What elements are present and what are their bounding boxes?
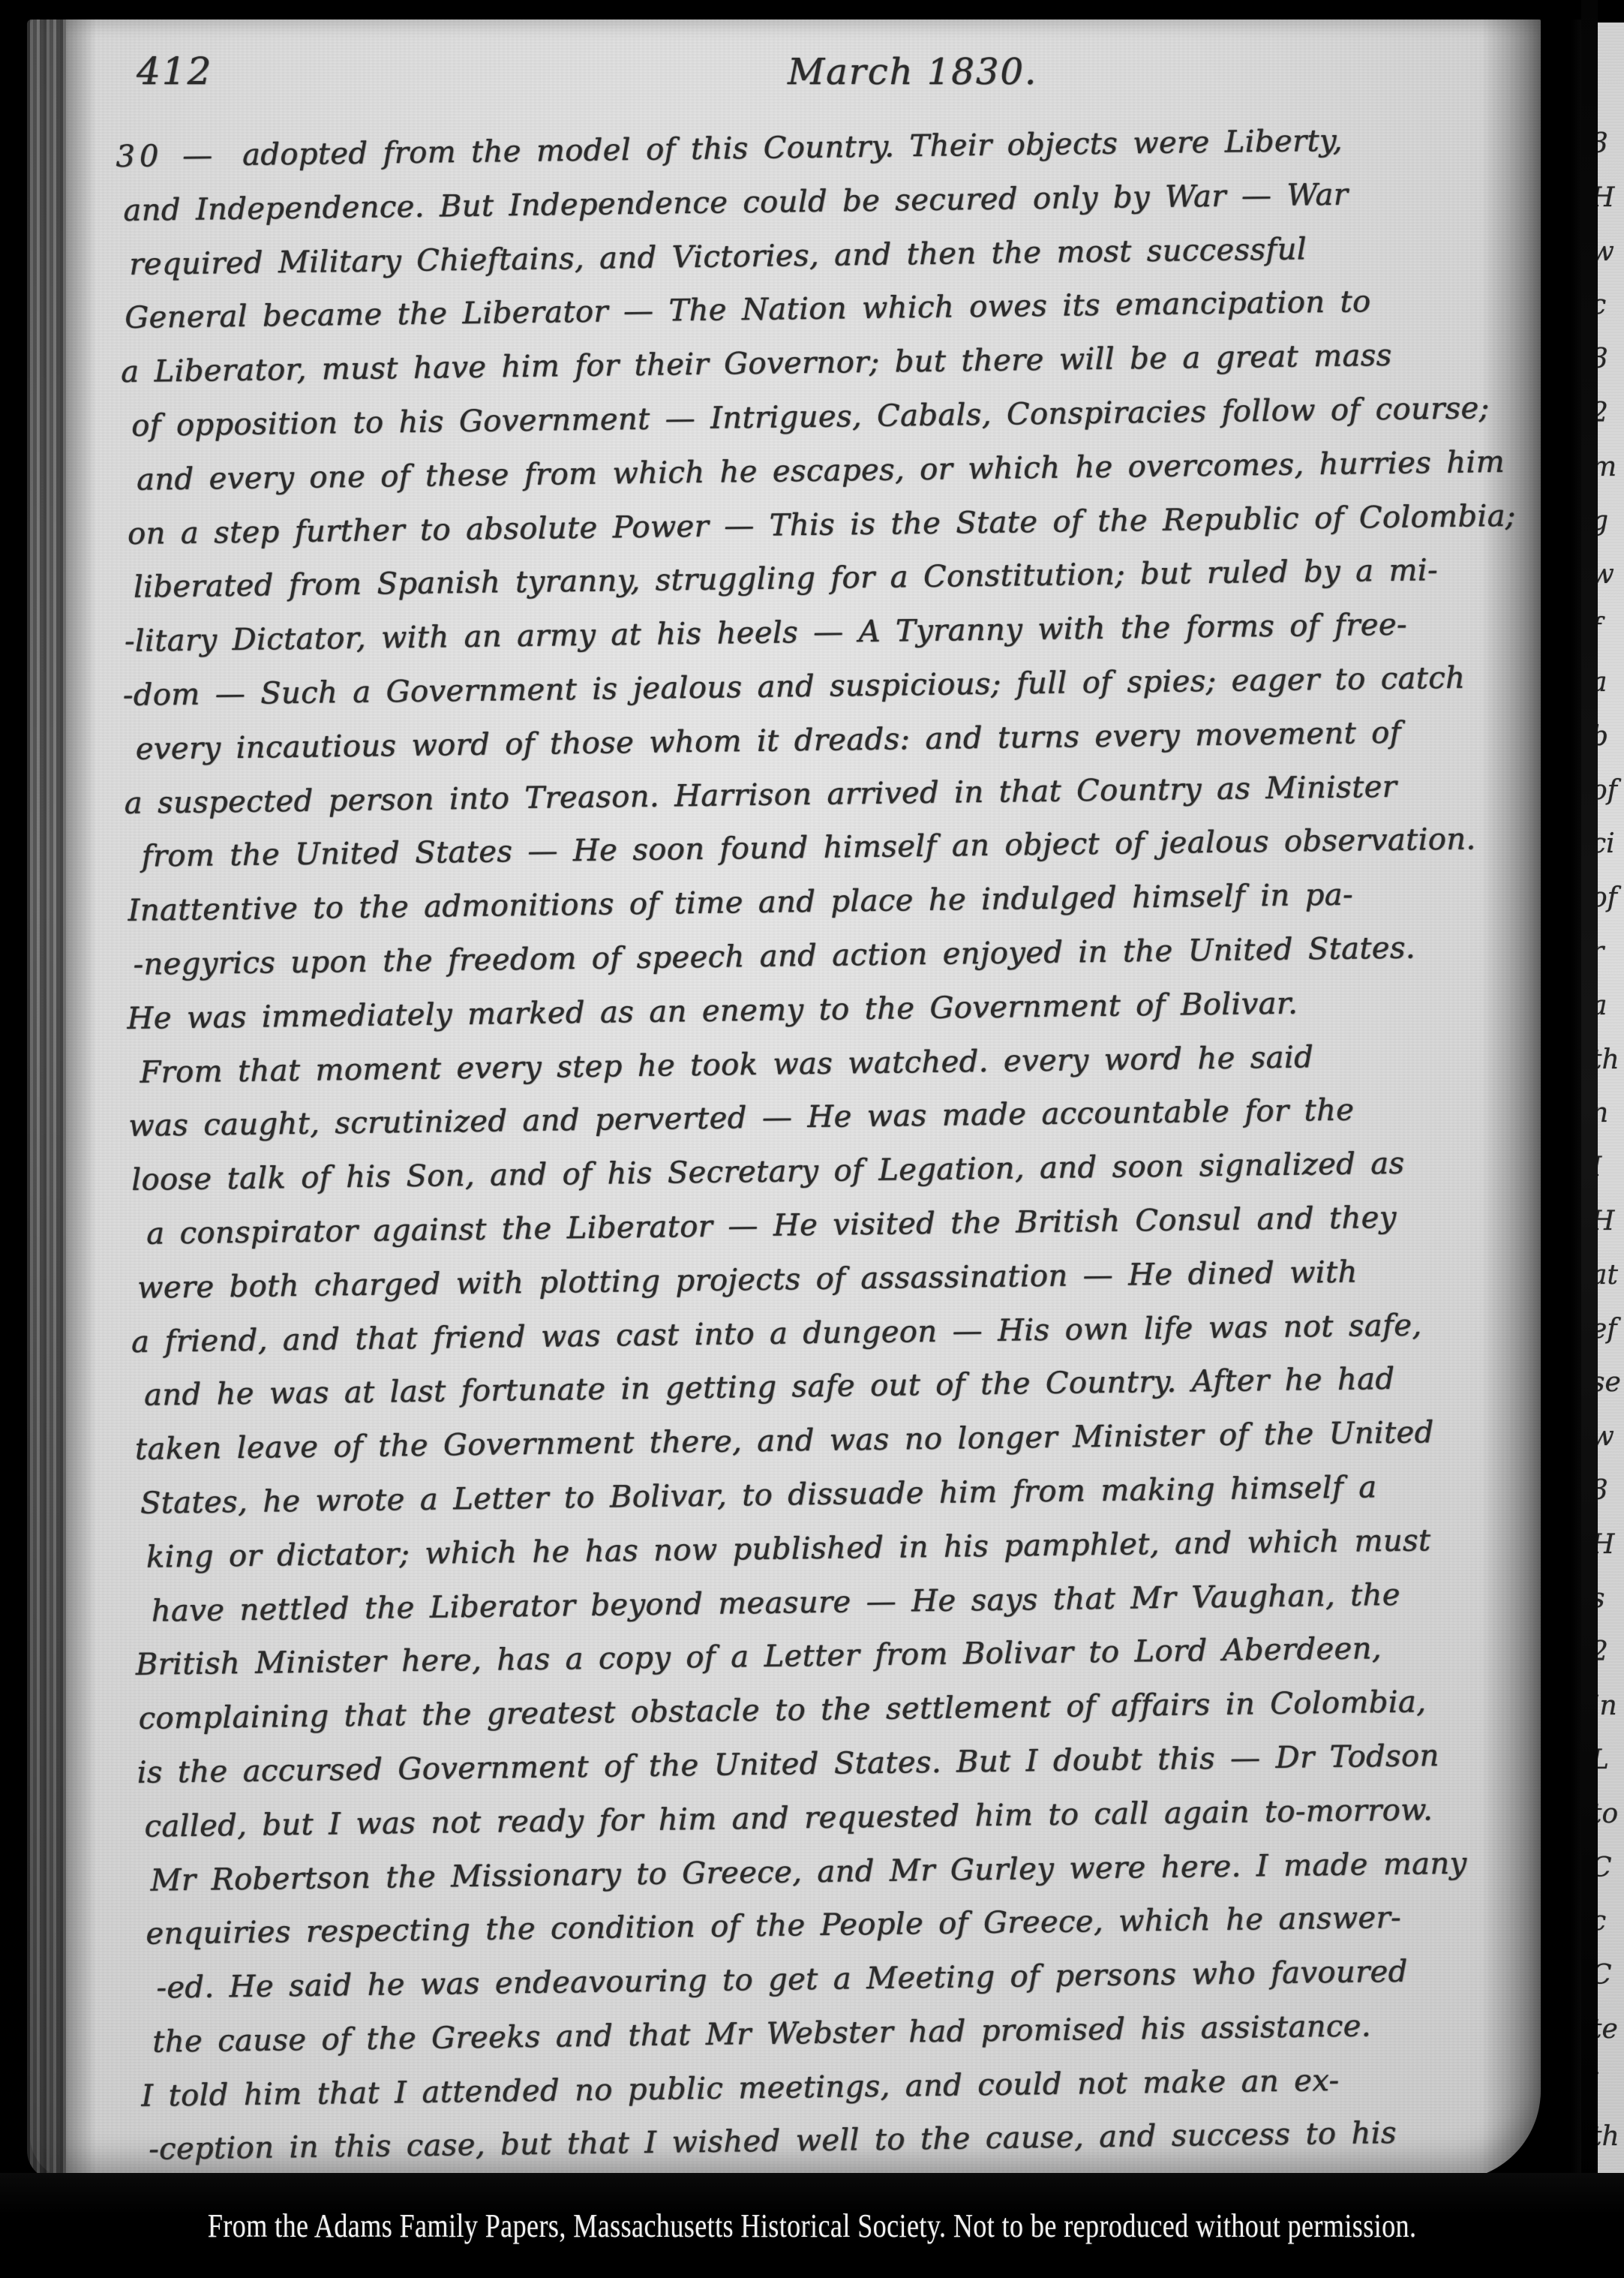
facing-page-text-fragment: of [1598, 764, 1624, 818]
gutter-bar [1581, 0, 1598, 2198]
facing-page-text-fragment: c [1598, 1895, 1624, 1949]
manuscript-line-text: adopted from the model of this Country. … [242, 124, 1343, 173]
facing-page-text-fragment: r [1598, 925, 1624, 979]
facing-page-text-fragment: g [1598, 494, 1624, 548]
facing-page-text-fragment: a [1598, 656, 1624, 710]
page-number: 412 [137, 50, 212, 93]
facing-page-text-fragment: 3 [1598, 1464, 1624, 1518]
facing-page-text-fragment: w [1598, 548, 1624, 602]
facing-page-text-fragment: w [1598, 1410, 1624, 1464]
facing-page-text-fragment: i [1598, 2057, 1624, 2111]
facing-page-text-fragment: H [1598, 171, 1624, 225]
facing-page-text-fragment: 2 [1598, 1625, 1624, 1679]
facing-page-text-fragment: in [1598, 1679, 1624, 1733]
facing-page-text-fragment: H [1598, 1518, 1624, 1572]
header-date: March 1830. [788, 51, 1037, 93]
facing-page-text-fragment: 3 [1598, 117, 1624, 171]
facing-page-text-fragment: 3 [1598, 332, 1624, 386]
entry-day: 30 — [116, 138, 217, 174]
facing-page-text-fragment: th [1598, 1033, 1624, 1087]
facing-page-text-fragment: n [1598, 1086, 1624, 1141]
facing-page-text-fragment: se [1598, 1356, 1624, 1410]
facing-page-text-fragment: th [1598, 2110, 1624, 2164]
facing-page-text-fragment: te [1598, 2003, 1624, 2057]
facing-page-text-fragment: ef [1598, 1303, 1624, 1357]
facing-page-strip: 3Hwc32mgwfabofciofrathnIHatefsew3Hs2inLt… [1598, 23, 1624, 2176]
facing-page-text-fragment: C [1598, 1949, 1624, 2003]
facing-page-text-fragment: a [1598, 979, 1624, 1033]
caption-bar: From the Adams Family Papers, Massachuse… [0, 2173, 1624, 2278]
binding-shadow [66, 20, 96, 2180]
manuscript-text: 30 —adopted from the model of this Count… [116, 112, 1590, 2177]
facing-page-text-fragment: of [1598, 871, 1624, 925]
gutter-shadow [1481, 20, 1586, 2180]
facing-page-text-fragment: 2 [1598, 386, 1624, 440]
facing-page-text-fragment: c [1598, 278, 1624, 332]
book-binding-edge [27, 20, 66, 2180]
facing-page-text-fragment: f [1598, 602, 1624, 656]
facing-page-text-fragment: m [1598, 440, 1624, 494]
facing-page-text-fragment: s [1598, 1572, 1624, 1626]
manuscript-page: 412 March 1830. 30 —adopted from the mod… [30, 20, 1541, 2180]
scanned-page: 412 March 1830. 30 —adopted from the mod… [0, 0, 1624, 2278]
facing-page-text-fragment: H [1598, 1195, 1624, 1249]
facing-page-text-fragment: w [1598, 225, 1624, 279]
facing-page-text-fragment: L [1598, 1733, 1624, 1787]
facing-page-text-fragment: to [1598, 1787, 1624, 1841]
facing-page-text-fragment: C [1598, 1841, 1624, 1895]
facing-page-text-fragment: at [1598, 1249, 1624, 1303]
caption-text: From the Adams Family Papers, Massachuse… [208, 2207, 1417, 2245]
facing-page-text-fragment: I [1598, 1141, 1624, 1195]
facing-page-text-fragment: ci [1598, 817, 1624, 871]
facing-page-text-fragment: b [1598, 710, 1624, 764]
